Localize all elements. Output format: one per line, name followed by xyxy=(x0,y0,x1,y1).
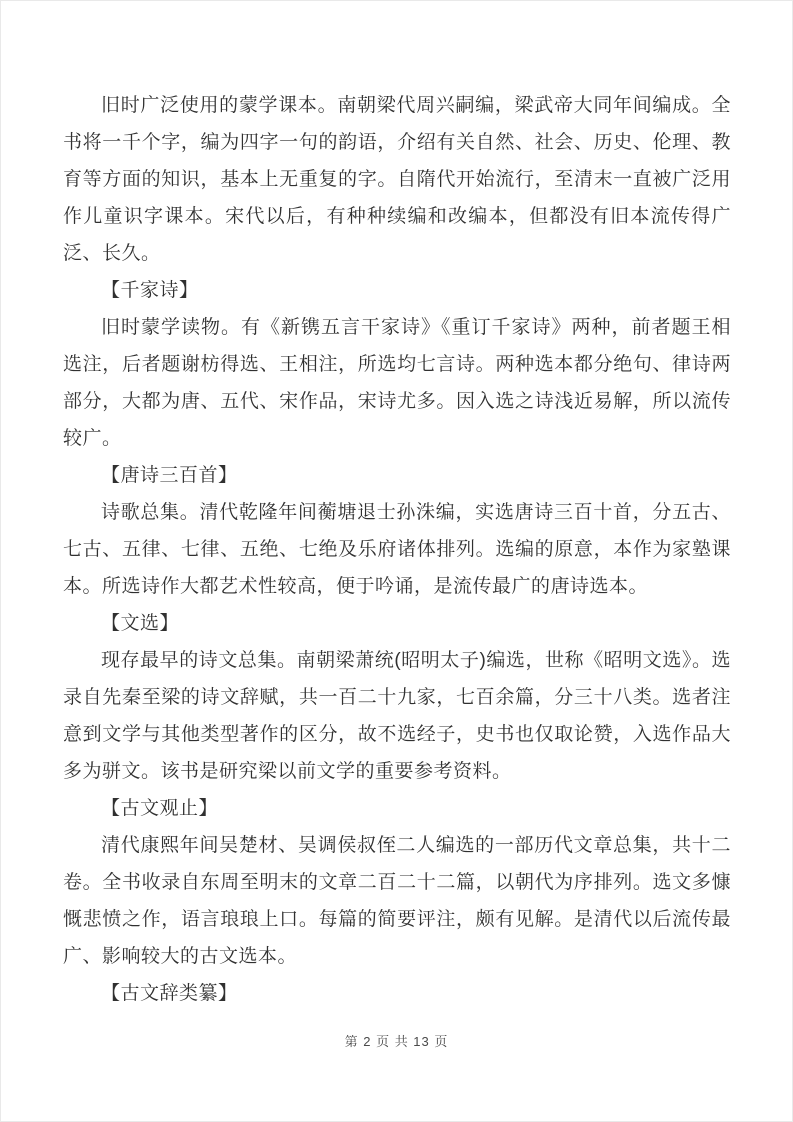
heading-tangshi-sanbaishou: 【唐诗三百首】 xyxy=(63,457,731,494)
document-page: 旧时广泛使用的蒙学课本。南朝梁代周兴嗣编，梁武帝大同年间编成。全书将一千个字，编… xyxy=(0,0,793,1122)
paragraph-tangshi-sanbaishou: 诗歌总集。清代乾隆年间蘅塘退士孙洙编，实选唐诗三百十首，分五古、七古、五律、七律… xyxy=(63,494,731,605)
heading-wenxuan: 【文选】 xyxy=(63,605,731,642)
heading-qianjiashi: 【千家诗】 xyxy=(63,272,731,309)
page-footer: 第 2 页 共 13 页 xyxy=(1,1032,792,1052)
heading-guwenci-leizuan: 【古文辞类纂】 xyxy=(63,975,731,1012)
paragraph-wenxuan: 现存最早的诗文总集。南朝梁萧统(昭明太子)编选，世称《昭明文选》。选录自先秦至梁… xyxy=(63,642,731,790)
page-number: 第 2 页 共 13 页 xyxy=(345,1034,449,1049)
paragraph-qianjiashi: 旧时蒙学读物。有《新镌五言干家诗》《重订千家诗》两种，前者题王相选注，后者题谢枋… xyxy=(63,309,731,457)
document-content: 旧时广泛使用的蒙学课本。南朝梁代周兴嗣编，梁武帝大同年间编成。全书将一千个字，编… xyxy=(63,87,731,1012)
paragraph-mengxue-keben: 旧时广泛使用的蒙学课本。南朝梁代周兴嗣编，梁武帝大同年间编成。全书将一千个字，编… xyxy=(63,87,731,272)
paragraph-guwen-guanzhi: 清代康熙年间吴楚材、吴调侯叔侄二人编选的一部历代文章总集，共十二卷。全书收录自东… xyxy=(63,827,731,975)
heading-guwen-guanzhi: 【古文观止】 xyxy=(63,790,731,827)
